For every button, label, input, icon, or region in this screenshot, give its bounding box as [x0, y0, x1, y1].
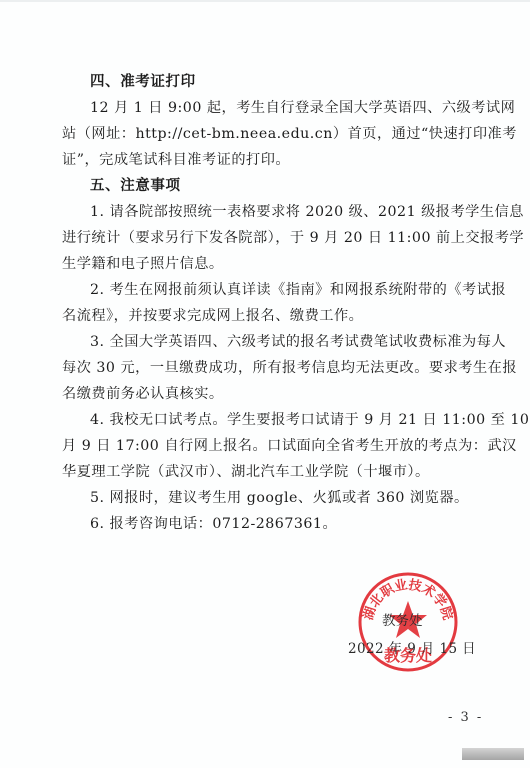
notice-item-4-line-1: 4. 我校无口试考点。学生要报考口试请于 9 月 21 日 11:00 至 10 — [90, 410, 472, 430]
document-page: 四、准考证打印 12 月 1 日 9:00 起，考生自行登录全国大学英语四、六级… — [0, 0, 530, 768]
watermark-badge — [462, 748, 524, 760]
signature-office: 教务处 — [382, 612, 423, 630]
notice-item-1-line-1: 1. 请各院部按照统一表格要求将 2020 级、2021 级报考学生信息 — [90, 202, 472, 222]
notice-item-3-line-1: 3. 全国大学英语四、六级考试的报名考试费笔试收费标准为每人 — [90, 332, 472, 352]
section-4-text-line-3: 证”，完成笔试科目准考证的打印。 — [62, 150, 472, 170]
notice-item-3-line-2: 每次 30 元，一旦缴费成功，所有报考信息均无法更改。要求考生在报 — [62, 358, 472, 378]
notice-item-6-line-1: 6. 报考咨询电话：0712-2867361。 — [90, 514, 500, 534]
section-4-text-line-2: 站（网址：http://cet-bm.neea.edu.cn）首页，通过“快速打… — [62, 124, 472, 144]
notice-item-3-line-3: 名缴费前务必认真核实。 — [62, 384, 472, 404]
signature-date: 2022 年 9 月 15 日 — [348, 640, 476, 658]
page-top-edge — [0, 0, 530, 2]
notice-item-4-line-2: 月 9 日 17:00 自行网上报名。口试面向全省考生开放的考点为：武汉 — [62, 436, 472, 456]
section-4-heading: 四、准考证打印 — [90, 72, 500, 92]
section-5-heading: 五、注意事项 — [90, 176, 500, 196]
notice-item-1-line-3: 生学籍和电子照片信息。 — [62, 254, 472, 274]
notice-item-2-line-1: 2. 考生在网报前须认真详读《指南》和网报系统附带的《考试报 — [90, 280, 472, 300]
notice-item-5-line-1: 5. 网报时，建议考生用 google、火狐或者 360 浏览器。 — [90, 488, 500, 508]
notice-item-2-line-2: 名流程》，并按要求完成网上报名、缴费工作。 — [62, 306, 472, 326]
section-4-text-line-1: 12 月 1 日 9:00 起，考生自行登录全国大学英语四、六级考试网 — [90, 98, 472, 118]
notice-item-1-line-2: 进行统计（要求另行下发各院部），于 9 月 20 日 11:00 前上交报考学 — [62, 228, 472, 248]
page-number: - 3 - — [448, 710, 483, 725]
notice-item-4-line-3: 华夏理工学院（武汉市）、湖北汽车工业学院（十堰市）。 — [62, 462, 472, 482]
